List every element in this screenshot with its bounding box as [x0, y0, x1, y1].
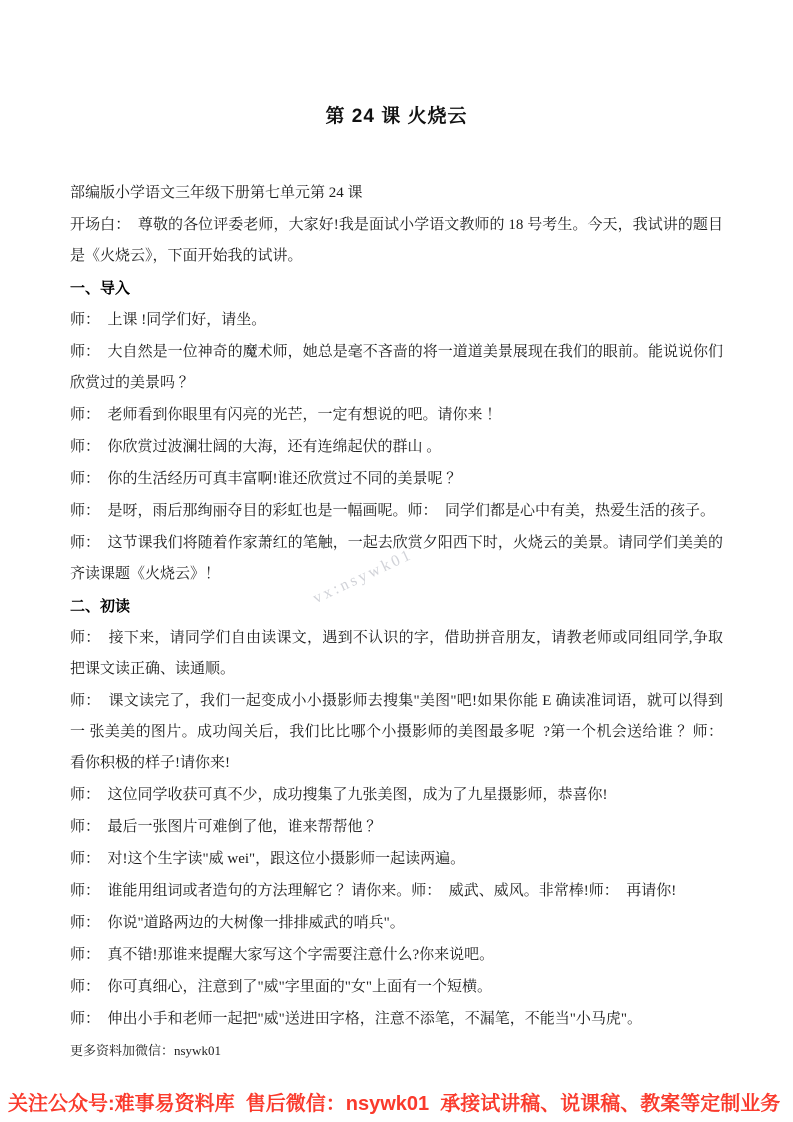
paragraph: 师： 课文读完了，我们一起变成小小摄影师去搜集"美图"吧!如果你能 E 确读准词… — [70, 686, 723, 779]
paragraph: 师： 上课 !同学们好，请坐。 — [70, 305, 723, 336]
paragraph: 师： 你说"道路两边的大树像一排排威武的哨兵"。 — [70, 908, 723, 939]
document-title: 第 24 课 火烧云 — [0, 0, 793, 128]
paragraph: 师： 最后一张图片可难倒了他，谁来帮帮他 ？ — [70, 812, 723, 843]
paragraph: 师： 真不错!那谁来提醒大家写这个字需要注意什么?你来说吧。 — [70, 940, 723, 971]
paragraph: 二、初读 — [70, 591, 723, 622]
paragraph: 师： 这节课我们将随着作家萧红的笔触，一起去欣赏夕阳西下时，火烧云的美景。请同学… — [70, 528, 723, 590]
paragraph: 师： 是呀，雨后那绚丽夺目的彩虹也是一幅画呢。师： 同学们都是心中有美，热爱生活… — [70, 496, 723, 527]
paragraph: 开场白： 尊敬的各位评委老师，大家好!我是面试小学语文教师的 18 号考生。今天… — [70, 210, 723, 272]
paragraph: 师： 你可真细心，注意到了"威"字里面的"女"上面有一个短横。 — [70, 972, 723, 1003]
paragraph: 师： 这位同学收获可真不少，成功搜集了九张美图，成为了九星摄影师，恭喜你! — [70, 780, 723, 811]
paragraph: 师： 接下来，请同学们自由读课文，遇到不认识的字，借助拼音朋友，请教老师或同组同… — [70, 623, 723, 685]
paragraph: 师： 谁能用组词或者造句的方法理解它 ？请你来。师： 威武、威风。非常棒!师： … — [70, 876, 723, 907]
wechat-note: 更多资料加微信：nsywk01 — [70, 1040, 221, 1059]
paragraph: 部编版小学语文三年级下册第七单元第 24 课 — [70, 178, 723, 209]
paragraph: 师： 对!这个生字读"威 wei"，跟这位小摄影师一起读两遍。 — [70, 844, 723, 875]
document-body: 部编版小学语文三年级下册第七单元第 24 课开场白： 尊敬的各位评委老师，大家好… — [70, 178, 723, 1035]
paragraph: 师： 你的生活经历可真丰富啊!谁还欣赏过不同的美景呢 ？ — [70, 464, 723, 495]
paragraph: 师： 大自然是一位神奇的魔术师，她总是毫不吝啬的将一道道美景展现在我们的眼前。能… — [70, 337, 723, 399]
paragraph: 师： 你欣赏过波澜壮阔的大海，还有连绵起伏的群山 。 — [70, 432, 723, 463]
paragraph: 师： 老师看到你眼里有闪亮的光芒，一定有想说的吧。请你来 ！ — [70, 400, 723, 431]
paragraph: 师： 伸出小手和老师一起把"威"送进田字格，注意不添笔，不漏笔，不能当"小马虎"… — [70, 1004, 723, 1035]
paragraph: 一、导入 — [70, 273, 723, 304]
document-page: 第 24 课 火烧云 部编版小学语文三年级下册第七单元第 24 课开场白： 尊敬… — [0, 0, 793, 1122]
promo-footer: 关注公众号:难事易资料库 售后微信：nsywk01 承接试讲稿、说课稿、教案等定… — [8, 1087, 785, 1116]
